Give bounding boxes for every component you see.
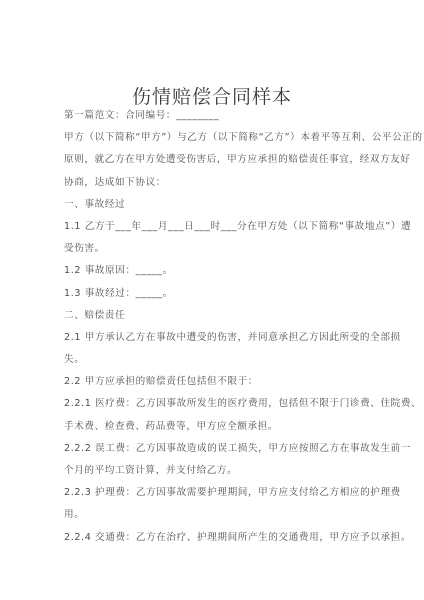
preamble-line-2: 原则，就乙方在甲方处遭受伤害后，甲方应承担的赔偿责任事宜，经双方友好 <box>64 149 362 171</box>
clause-2-2-3-line-2: 用。 <box>64 504 362 526</box>
clause-1-1-line-2: 受伤害。 <box>64 238 362 260</box>
preamble-line-3: 协商，达成如下协议： <box>64 172 362 194</box>
section-heading-accident: 一、事故经过 <box>64 194 362 216</box>
contract-number-line: 第一篇范文：合同编号：________ <box>64 105 362 127</box>
clause-2-1-line-2: 失。 <box>64 349 362 371</box>
clause-2-2-1-line-1: 2.2.1 医疗费：乙方因事故所发生的医疗费用，包括但不限于门诊费、住院费、 <box>64 393 362 415</box>
clause-2-2: 2.2 甲方应承担的赔偿责任包括但不限于： <box>64 371 362 393</box>
clause-2-2-4: 2.2.4 交通费：乙方在治疗、护理期间所产生的交通费用，甲方应予以承担。 <box>64 527 362 549</box>
clause-1-1-line-1: 1.1 乙方于___年___月___日___时___分在甲方处（以下简称“事故地… <box>64 216 362 238</box>
clause-2-2-1-line-2: 手术费、检查费、药品费等，甲方应全额承担。 <box>64 416 362 438</box>
section-heading-liability: 二、赔偿责任 <box>64 305 362 327</box>
clause-1-2: 1.2 事故原因：_____。 <box>64 260 362 282</box>
preamble-line-1: 甲方（以下简称“甲方”）与乙方（以下简称“乙方”）本着平等互利、公平公正的 <box>64 127 362 149</box>
clause-2-2-2-line-2: 个月的平均工资计算，并支付给乙方。 <box>64 460 362 482</box>
clause-1-3: 1.3 事故经过：_____。 <box>64 283 362 305</box>
clause-2-1-line-1: 2.1 甲方承认乙方在事故中遭受的伤害，并同意承担乙方因此所受的全部损 <box>64 327 362 349</box>
document-body: 第一篇范文：合同编号：________ 甲方（以下简称“甲方”）与乙方（以下简称… <box>64 105 362 549</box>
clause-2-2-3-line-1: 2.2.3 护理费：乙方因事故需要护理期间，甲方应支付给乙方相应的护理费 <box>64 482 362 504</box>
document-page: 伤情赔偿合同样本 第一篇范文：合同编号：________ 甲方（以下简称“甲方”… <box>0 0 424 600</box>
clause-2-2-2-line-1: 2.2.2 误工费：乙方因事故造成的误工损失，甲方应按照乙方在事故发生前一 <box>64 438 362 460</box>
